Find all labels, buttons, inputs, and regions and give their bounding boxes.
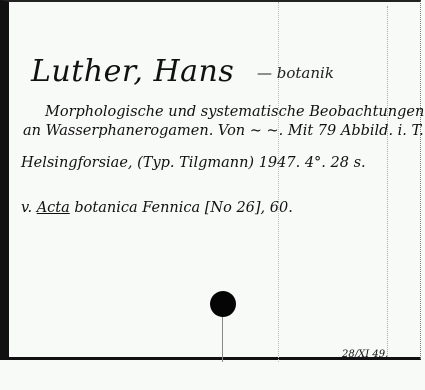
punch-hole [210, 291, 236, 317]
series-prefix: v. [21, 200, 32, 216]
date-stamp: 28/XI 49. [342, 349, 388, 360]
title-line-1: Morphologische und systematische Beobach… [45, 104, 424, 120]
series-line: v. Acta botanica Fennica [No 26], 60. [21, 200, 293, 216]
title-line-2: an Wasserphanerogamen. Von ~ ~. Mit 79 A… [23, 123, 424, 139]
imprint-line: Helsingforsiae, (Typ. Tilgmann) 1947. 4°… [21, 155, 366, 171]
margin-marks [387, 6, 396, 356]
series-underlined: Acta [37, 200, 70, 216]
fold-line [278, 2, 280, 362]
punch-line [222, 317, 223, 362]
subject-label: — botanik [257, 64, 334, 82]
author-heading: Luther, Hans [31, 54, 234, 89]
series-rest: botanica Fennica [No 26], 60. [74, 200, 292, 216]
catalog-card: Luther, Hans — botanik Morphologische un… [0, 0, 421, 360]
